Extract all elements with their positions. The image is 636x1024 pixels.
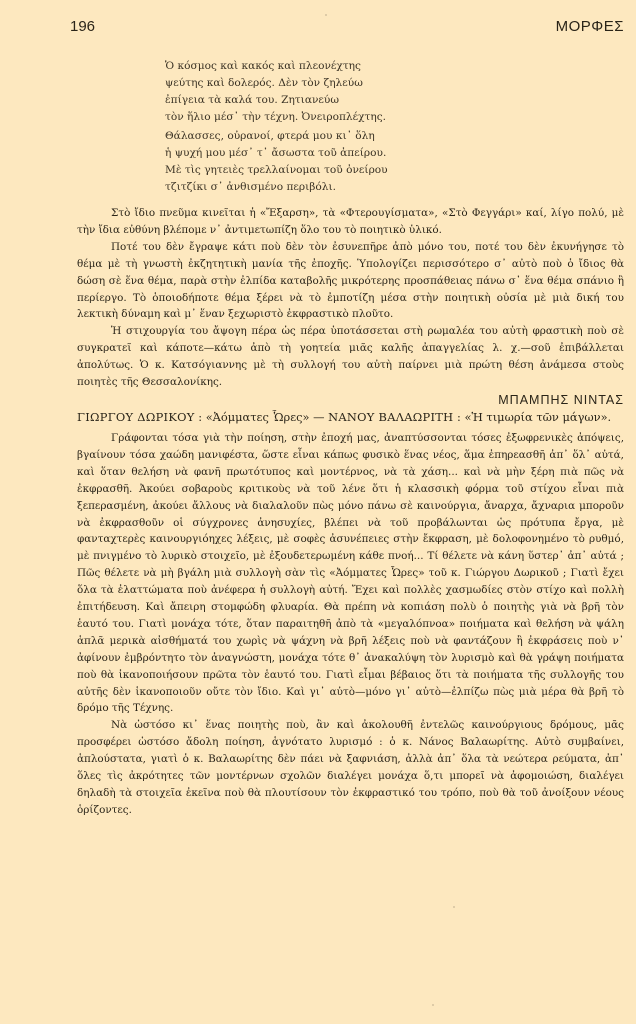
poem-line: Ὁ κόσμος καὶ κακός καὶ πλεονέχτης — [165, 58, 388, 75]
poem-excerpt: Ὁ κόσμος καὶ κακός καὶ πλεονέχτης ψεύτης… — [165, 58, 388, 196]
poem-line: τὸν ἥλιο μέσ᾽ τὴν τέχνη. Ὀνειροπλέχτης. — [165, 109, 388, 126]
poem-line: Θάλασσες, οὐρανοί, φτερά μου κι᾽ ὅλη — [165, 128, 388, 145]
reviewed-title-1: «Ἀόμματες Ὧρες» — [206, 410, 310, 424]
heading-separator: — — [313, 410, 324, 424]
page-number: 196 — [70, 18, 95, 35]
paragraph: Ποτέ του δὲν ἔγραψε κάτι ποὺ δὲν τὸν ἐσυ… — [77, 239, 624, 324]
reviewed-title-2: «Ἡ τιμωρία τῶν μάγων». — [465, 410, 612, 424]
paragraph: Γράφονται τόσα γιὰ τὴν ποίηση, στὴν ἐποχ… — [77, 430, 624, 717]
paper-speck — [453, 906, 455, 908]
paper-speck — [432, 1004, 434, 1006]
paragraph: Ἡ στιχουργία του ἄψογη πέρα ὡς πέρα ὑποτ… — [77, 323, 624, 391]
article-body: Στὸ ἴδιο πνεῦμα κινεῖται ἡ «Ἔξαρση», τὰ … — [77, 205, 624, 819]
reviewed-author-1: ΓΙΩΡΓΟΥ ΔΩΡΙΚΟΥ — [77, 410, 195, 424]
review-doriko-valaoriti: ΓΙΩΡΓΟΥ ΔΩΡΙΚΟΥ : «Ἀόμματες Ὧρες» — ΝΑΝΟ… — [77, 409, 624, 819]
poem-line: ἡ ψυχή μου μέσ᾽ τ᾽ ἄσωστα τοῦ ἀπείρου. — [165, 145, 388, 162]
poem-line: ψεύτης καὶ δολερός. Δὲν τὸν ζηλεύω — [165, 75, 388, 92]
running-title: ΜΟΡΦΕΣ — [556, 18, 624, 35]
author-signature: ΜΠΑΜΠΗΣ ΝΙΝΤΑΣ — [77, 392, 624, 409]
review-heading: ΓΙΩΡΓΟΥ ΔΩΡΙΚΟΥ : «Ἀόμματες Ὧρες» — ΝΑΝΟ… — [77, 409, 624, 426]
paragraph: Στὸ ἴδιο πνεῦμα κινεῖται ἡ «Ἔξαρση», τὰ … — [77, 205, 624, 239]
review-katsogiannis: Στὸ ἴδιο πνεῦμα κινεῖται ἡ «Ἔξαρση», τὰ … — [77, 205, 624, 409]
poem-line: Μὲ τὶς γητειὲς τρελλαίνομαι τοῦ ὀνείρου — [165, 162, 388, 179]
poem-line: ἐπίγεια τὰ καλά του. Ζητιανεύω — [165, 92, 388, 109]
reviewed-author-2: ΝΑΝΟΥ ΒΑΛΑΩΡΙΤΗ — [328, 410, 453, 424]
page-header: 196 ΜΟΡΦΕΣ — [70, 18, 624, 40]
paragraph: Νὰ ὡστόσο κι᾽ ἕνας ποιητὴς ποὺ, ἂν καὶ ἀ… — [77, 717, 624, 818]
poem-line: τζιτζίκι σ᾽ ἀνθισμένο περιβόλι. — [165, 179, 388, 196]
paper-speck — [325, 14, 327, 16]
